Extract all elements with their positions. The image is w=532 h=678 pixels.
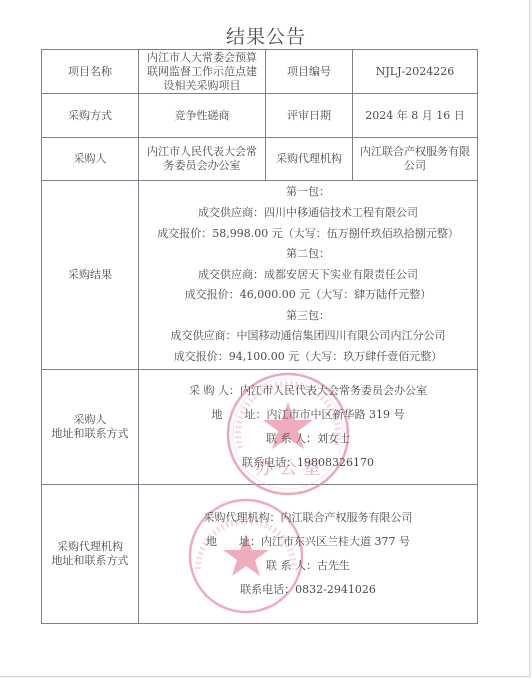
review-date-value: 2024 年 8 月 16 日 bbox=[353, 94, 478, 138]
purchaser-phone-line: 联系电话：19808326170 bbox=[142, 451, 474, 475]
agency-contact-label: 采购代理机构 地址和联系方式 bbox=[42, 485, 139, 624]
package-3-price: 成交报价：94,100.00 元（大写：玖万肆仟壹佰元整） bbox=[142, 347, 474, 368]
method-value: 竞争性磋商 bbox=[139, 94, 266, 138]
review-date-label: 评审日期 bbox=[266, 94, 353, 138]
agency-value: 内江联合产权服务有限 公司 bbox=[353, 138, 478, 181]
result-table: 项目名称 内江市人大常委会预算 联网监督工作示范点建 设相关采购项目 项目编号 … bbox=[41, 49, 478, 624]
document-page: 结果公告 项目名称 内江市人大常委会预算 联网监督工作示范点建 设相关采购项目 … bbox=[0, 0, 530, 677]
purchaser-contact-content: 采 购 人：内江市人民代表大会常务委员会办公室 地 址：内江市市中区新华路 31… bbox=[139, 370, 478, 485]
package-2-name: 第二包： bbox=[142, 244, 474, 265]
package-3-name: 第三包： bbox=[142, 306, 474, 327]
package-1-price: 成交报价：58,998.00 元（大写：伍万捌仟玖佰玖拾捌元整） bbox=[142, 224, 474, 245]
table-row-parties: 采购人 内江市人民代表大会常 务委员会办公室 采购代理机构 内江联合产权服务有限… bbox=[42, 138, 478, 181]
purchaser-contact-label: 采购人 地址和联系方式 bbox=[42, 370, 139, 485]
project-no-label: 项目编号 bbox=[266, 50, 353, 94]
package-2-supplier: 成交供应商：成都安居天下实业有限责任公司 bbox=[142, 265, 474, 286]
agency-contact-line: 联 系 人：古先生 bbox=[142, 554, 474, 578]
purchaser-label: 采购人 bbox=[42, 138, 139, 181]
package-1-supplier: 成交供应商：四川中移通信技术工程有限公司 bbox=[142, 203, 474, 224]
results-label: 采购结果 bbox=[42, 181, 139, 370]
agency-name-line: 采购代理机构：内江联合产权服务有限公司 bbox=[142, 506, 474, 530]
project-name-label: 项目名称 bbox=[42, 50, 139, 94]
table-row-purchaser-contact: 采购人 地址和联系方式 采 购 人：内江市人民代表大会常务委员会办公室 地 址：… bbox=[42, 370, 478, 485]
package-2-price: 成交报价：46,000.00 元（大写：肆万陆仟元整） bbox=[142, 285, 474, 306]
method-label: 采购方式 bbox=[42, 94, 139, 138]
package-1-name: 第一包： bbox=[142, 182, 474, 203]
table-row-agency-contact: 采购代理机构 地址和联系方式 采购代理机构：内江联合产权服务有限公司 地 址：内… bbox=[42, 485, 478, 624]
purchaser-value: 内江市人民代表大会常 务委员会办公室 bbox=[139, 138, 266, 181]
agency-label: 采购代理机构 bbox=[266, 138, 353, 181]
project-name-value: 内江市人大常委会预算 联网监督工作示范点建 设相关采购项目 bbox=[139, 50, 266, 94]
table-row-method: 采购方式 竞争性磋商 评审日期 2024 年 8 月 16 日 bbox=[42, 94, 478, 138]
table-row-results: 采购结果 第一包： 成交供应商：四川中移通信技术工程有限公司 成交报价：58,9… bbox=[42, 181, 478, 370]
agency-contact-content: 采购代理机构：内江联合产权服务有限公司 地 址：内江市东兴区兰桂大道 377 号… bbox=[139, 485, 478, 624]
agency-address-line: 地 址：内江市东兴区兰桂大道 377 号 bbox=[142, 530, 474, 554]
purchaser-name-line: 采 购 人：内江市人民代表大会常务委员会办公室 bbox=[142, 379, 474, 403]
purchaser-contact-line: 联 系 人：刘女士 bbox=[142, 427, 474, 451]
agency-phone-line: 联系电话：0832-2941026 bbox=[142, 578, 474, 602]
page-title: 结果公告 bbox=[0, 22, 532, 49]
project-no-value: NJLJ-2024226 bbox=[353, 50, 478, 94]
package-3-supplier: 成交供应商：中国移动通信集团四川有限公司内江分公司 bbox=[142, 326, 474, 347]
purchaser-address-line: 地 址：内江市市中区新华路 319 号 bbox=[142, 403, 474, 427]
results-content: 第一包： 成交供应商：四川中移通信技术工程有限公司 成交报价：58,998.00… bbox=[139, 181, 478, 370]
table-row-project: 项目名称 内江市人大常委会预算 联网监督工作示范点建 设相关采购项目 项目编号 … bbox=[42, 50, 478, 94]
